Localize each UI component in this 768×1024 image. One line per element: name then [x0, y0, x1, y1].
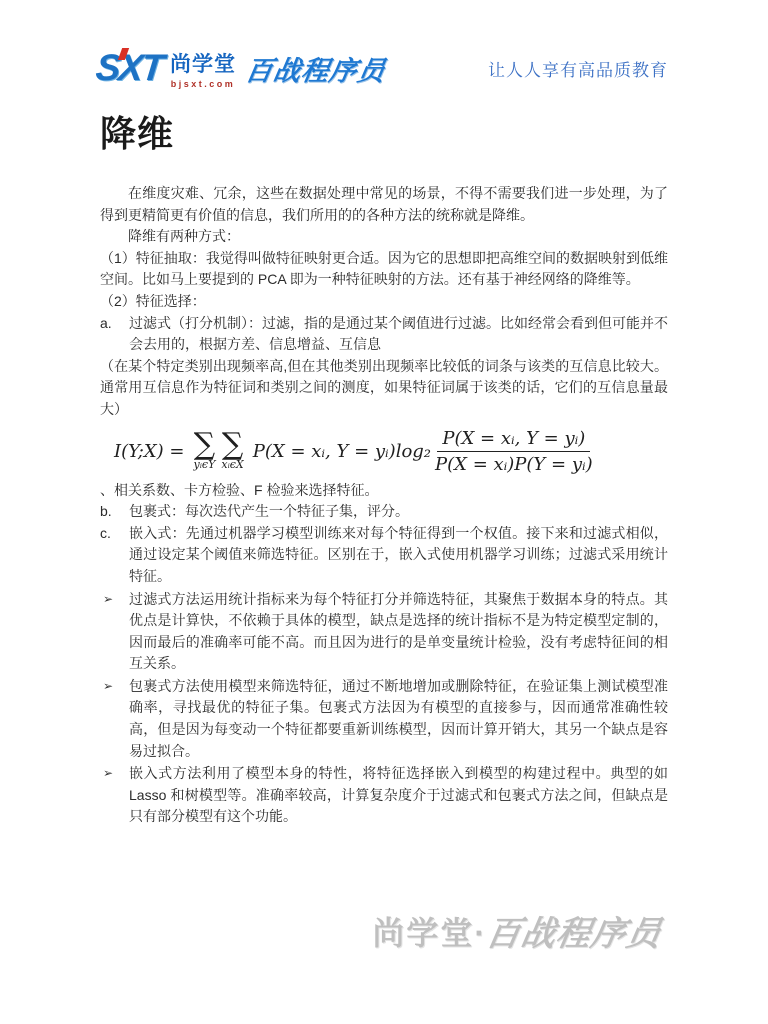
sum-over-x-subscript: xᵢϵX: [221, 459, 243, 471]
document-page: SXT 尚学堂 bjsxt.com 百战程序员 让人人享有高品质教育 降维 在维…: [0, 0, 768, 1024]
fraction-denominator: P(X = xᵢ)P(Y = yᵢ): [435, 452, 593, 475]
list-text-c: 嵌入式：先通过机器学习模型训练来对每个特征得到一个权值。接下来和过滤式相似，通过…: [129, 523, 668, 588]
shangxuetang-wordmark: 尚学堂: [170, 48, 236, 78]
list-item-b: b. 包裹式：每次迭代产生一个特征子集，评分。: [100, 501, 668, 523]
watermark-baizhan: 百战程序员: [483, 906, 667, 955]
paragraph-feature-selection: （2）特征选择：: [100, 291, 668, 313]
bullet-text-wrapper-method: 包裹式方法使用模型来筛选特征，通过不断地增加或删除特征，在验证集上测试模型准确率…: [129, 676, 668, 762]
list-marker-c: c.: [100, 523, 129, 588]
bjsxt-domain-text: bjsxt.com: [171, 79, 236, 89]
sxt-wordmark: SXT: [94, 47, 164, 89]
formula-joint-term: P(X = xᵢ, Y = yᵢ)log₂: [253, 441, 431, 462]
footer-watermark: 尚学堂· 百战程序员: [372, 906, 662, 955]
paragraph-feature-extraction: （1）特征抽取：我觉得叫做特征映射更合适。因为它的思想即把高维空间的数据映射到低…: [100, 248, 668, 291]
paragraph-intro: 在维度灾难、冗余，这些在数据处理中常见的场景，不得不需要我们进一步处理，为了得到…: [100, 183, 668, 226]
bullet-text-embedded-method: 嵌入式方法利用了模型本身的特性，将特征选择嵌入到模型的构建过程中。典型的如 La…: [129, 763, 668, 828]
baizhan-wordmark: 百战程序员: [243, 49, 390, 88]
mutual-information-formula: I(Y;X) = ∑ yᵢϵY ∑ xᵢϵX P(X = xᵢ, Y = yᵢ)…: [114, 428, 668, 475]
document-body: 降维 在维度灾难、冗余，这些在数据处理中常见的场景，不得不需要我们进一步处理，为…: [100, 106, 668, 828]
arrow-bullet-icon: ➢: [100, 763, 129, 828]
paragraph-mutual-info-note: （在某个特定类别出现频率高,但在其他类别出现频率比较低的词条与该类的互信息比较大…: [100, 356, 668, 421]
sigma-icon: ∑: [222, 431, 243, 459]
list-marker-b: b.: [100, 501, 129, 523]
header-tagline: 让人人享有高品质教育: [488, 56, 668, 81]
sum-over-x: ∑ xᵢϵX: [221, 431, 243, 471]
paragraph-after-formula: 、相关系数、卡方检验、F 检验来选择特征。: [100, 480, 668, 502]
watermark-shangxuetang: 尚学堂·: [372, 908, 487, 954]
list-text-a: 过滤式（打分机制）：过滤，指的是通过某个阈值进行过滤。比如经常会看到但可能并不会…: [129, 313, 668, 356]
paragraph-two-ways: 降维有两种方式：: [100, 226, 668, 248]
bullet-text-filter-method: 过滤式方法运用统计指标来为每个特征打分并筛选特征，其聚焦于数据本身的特点。其优点…: [129, 589, 668, 675]
page-header: SXT 尚学堂 bjsxt.com 百战程序员 让人人享有高品质教育: [96, 42, 668, 94]
brand-logo: SXT 尚学堂 bjsxt.com 百战程序员: [96, 47, 386, 89]
list-item-a: a. 过滤式（打分机制）：过滤，指的是通过某个阈值进行过滤。比如经常会看到但可能…: [100, 313, 668, 356]
bullet-item-embedded-method: ➢ 嵌入式方法利用了模型本身的特性，将特征选择嵌入到模型的构建过程中。典型的如 …: [100, 763, 668, 828]
arrow-bullet-icon: ➢: [100, 676, 129, 762]
shangxuetang-block: 尚学堂 bjsxt.com: [170, 48, 236, 89]
bullet-item-filter-method: ➢ 过滤式方法运用统计指标来为每个特征打分并筛选特征，其聚焦于数据本身的特点。其…: [100, 589, 668, 675]
sum-over-y-subscript: yᵢϵY: [194, 459, 216, 471]
list-text-b: 包裹式：每次迭代产生一个特征子集，评分。: [129, 501, 668, 523]
fraction-numerator: P(X = xᵢ, Y = yᵢ): [437, 428, 590, 452]
sum-over-y: ∑ yᵢϵY: [194, 431, 216, 471]
formula-lhs: I(Y;X) =: [114, 441, 185, 462]
list-marker-a: a.: [100, 313, 129, 356]
sigma-icon: ∑: [194, 431, 215, 459]
bullet-item-wrapper-method: ➢ 包裹式方法使用模型来筛选特征，通过不断地增加或删除特征，在验证集上测试模型准…: [100, 676, 668, 762]
page-title: 降维: [100, 106, 668, 157]
sxt-logo: SXT: [96, 47, 162, 89]
formula-fraction: P(X = xᵢ, Y = yᵢ) P(X = xᵢ)P(Y = yᵢ): [435, 428, 593, 475]
arrow-bullet-icon: ➢: [100, 589, 129, 675]
list-item-c: c. 嵌入式：先通过机器学习模型训练来对每个特征得到一个权值。接下来和过滤式相似…: [100, 523, 668, 588]
